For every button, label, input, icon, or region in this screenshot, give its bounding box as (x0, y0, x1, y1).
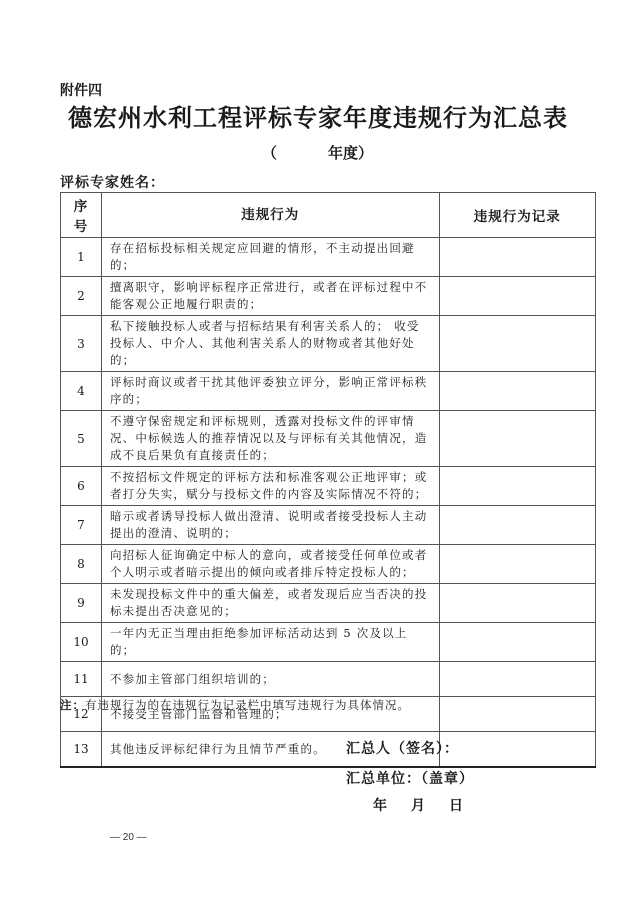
row-action: 未发现投标文件中的重大偏差，或者发现后应当否决的投标未提出否决意见的； (101, 584, 439, 623)
expert-name-label: 评标专家姓名： (60, 172, 165, 192)
date-month-label: 月 (411, 795, 425, 815)
table-row: 1 存在招标投标相关规定应回避的情形，不主动提出回避的； (61, 238, 596, 277)
summarizer-unit-label: 汇总单位：（盖章） (346, 768, 474, 788)
table-row: 3 私下接触投标人或者与招标结果有利害关系人的； 收受投标人、中介人、其他利害关… (61, 316, 596, 372)
row-action: 评标时商议或者干扰其他评委独立评分，影响正常评标秩序的； (101, 372, 439, 411)
table-row: 6 不按招标文件规定的评标方法和标准客观公正地评审；或者打分失实，赋分与投标文件… (61, 467, 596, 506)
row-record-cell[interactable] (439, 467, 595, 506)
row-no: 6 (61, 467, 102, 506)
violations-table: 序号 违规行为 违规行为记录 1 存在招标投标相关规定应回避的情形，不主动提出回… (60, 192, 596, 768)
row-action: 私下接触投标人或者与招标结果有利害关系人的； 收受投标人、中介人、其他利害关系人… (101, 316, 439, 372)
row-no: 4 (61, 372, 102, 411)
row-no: 10 (61, 623, 102, 662)
row-no: 13 (61, 732, 102, 768)
year-open-paren: （ (262, 142, 277, 163)
row-record-cell[interactable] (439, 372, 595, 411)
signature-date: 年月日 (373, 795, 487, 815)
table-row: 9 未发现投标文件中的重大偏差，或者发现后应当否决的投标未提出否决意见的； (61, 584, 596, 623)
page-title: 德宏州水利工程评标专家年度违规行为汇总表 (0, 98, 636, 133)
row-no: 2 (61, 277, 102, 316)
row-no: 7 (61, 506, 102, 545)
header-record: 违规行为记录 (439, 193, 595, 238)
row-action: 向招标人征询确定中标人的意向，或者接受任何单位或者个人明示或者暗示提出的倾向或者… (101, 545, 439, 584)
header-action: 违规行为 (101, 193, 439, 238)
table-row: 7 暗示或者诱导投标人做出澄清、说明或者接受投标人主动提出的澄清、说明的； (61, 506, 596, 545)
row-record-cell[interactable] (439, 662, 595, 697)
row-record-cell[interactable] (439, 545, 595, 584)
row-record-cell[interactable] (439, 277, 595, 316)
row-record-cell[interactable] (439, 697, 595, 732)
row-action: 擅离职守，影响评标程序正常进行，或者在评标过程中不能客观公正地履行职责的； (101, 277, 439, 316)
row-no: 8 (61, 545, 102, 584)
row-action: 暗示或者诱导投标人做出澄清、说明或者接受投标人主动提出的澄清、说明的； (101, 506, 439, 545)
row-action: 一年内无正当理由拒绝参加评标活动达到 5 次及以上的； (101, 623, 439, 662)
row-record-cell[interactable] (439, 584, 595, 623)
row-record-cell[interactable] (439, 316, 595, 372)
page-number: — 20 — (110, 832, 147, 843)
table-row: 2 擅离职守，影响评标程序正常进行，或者在评标过程中不能客观公正地履行职责的； (61, 277, 596, 316)
note-label: 注： (60, 698, 85, 712)
row-record-cell[interactable] (439, 623, 595, 662)
table-row: 5 不遵守保密规定和评标规则，透露对投标文件的评审情况、中标候选人的推荐情况以及… (61, 411, 596, 467)
row-record-cell[interactable] (439, 238, 595, 277)
table-row: 8 向招标人征询确定中标人的意向，或者接受任何单位或者个人明示或者暗示提出的倾向… (61, 545, 596, 584)
date-year-label: 年 (373, 795, 387, 815)
table-row: 11 不参加主管部门组织培训的； (61, 662, 596, 697)
row-no: 9 (61, 584, 102, 623)
row-record-cell[interactable] (439, 411, 595, 467)
table-row: 10 一年内无正当理由拒绝参加评标活动达到 5 次及以上的； (61, 623, 596, 662)
row-no: 5 (61, 411, 102, 467)
row-no: 11 (61, 662, 102, 697)
table-row: 13 其他违反评标纪律行为且情节严重的。 (61, 732, 596, 768)
table-note: 注：有违规行为的在违规行为记录栏中填写违规行为具体情况。 (60, 697, 410, 713)
year-label: 年度） (328, 142, 373, 163)
row-action: 不按招标文件规定的评标方法和标准客观公正地评审；或者打分失实，赋分与投标文件的内… (101, 467, 439, 506)
row-record-cell[interactable] (439, 506, 595, 545)
row-no: 1 (61, 238, 102, 277)
row-record-cell[interactable] (439, 732, 595, 768)
row-action: 不参加主管部门组织培训的； (101, 662, 439, 697)
header-no: 序号 (61, 193, 102, 238)
row-no: 3 (61, 316, 102, 372)
table-header-row: 序号 违规行为 违规行为记录 (61, 193, 596, 238)
row-action: 存在招标投标相关规定应回避的情形，不主动提出回避的； (101, 238, 439, 277)
summarizer-signature-label: 汇总人（签名）： (346, 738, 459, 758)
date-day-label: 日 (449, 795, 463, 815)
attachment-label: 附件四 (60, 80, 102, 100)
row-action: 不遵守保密规定和评标规则，透露对投标文件的评审情况、中标候选人的推荐情况以及与评… (101, 411, 439, 467)
table-row: 4 评标时商议或者干扰其他评委独立评分，影响正常评标秩序的； (61, 372, 596, 411)
note-text: 有违规行为的在违规行为记录栏中填写违规行为具体情况。 (85, 698, 410, 712)
